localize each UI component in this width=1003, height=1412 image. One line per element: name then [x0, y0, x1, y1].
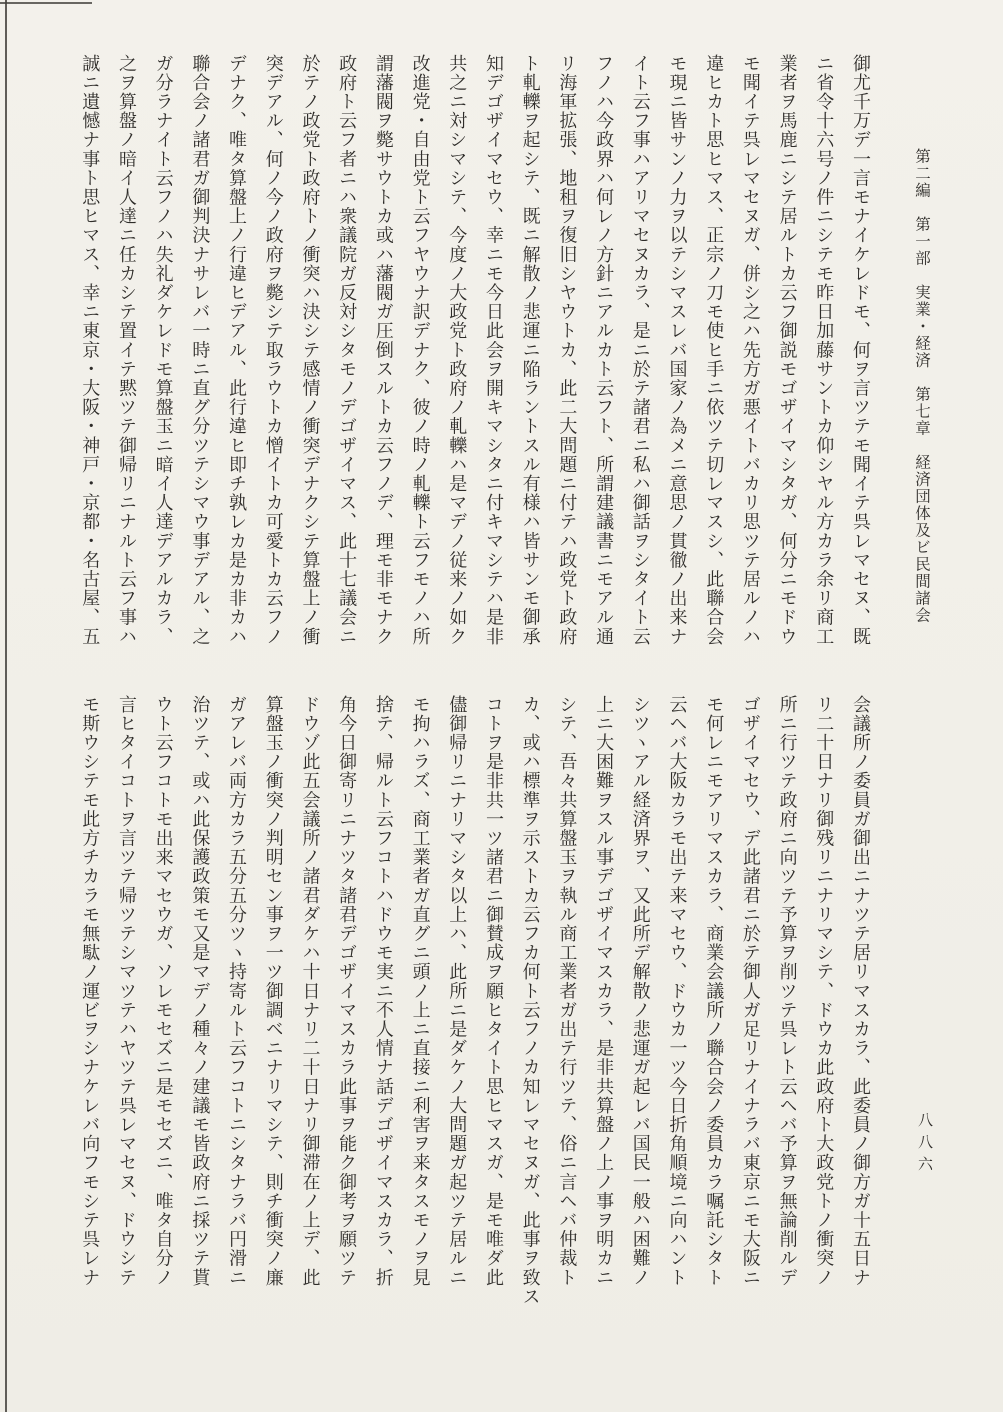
text-column: ニ省令十六号ノ件ニシテモ昨日加藤サントカ仰シヤル方カラ余リ商工	[806, 54, 843, 654]
text-column: 言ヒタイコトヲ言ツテ帰ツテシマツテハヤツテ呉レマセヌ、ドウシテ	[108, 695, 145, 1295]
text-column: 捨テ、帰ルト云フコトハドウモ実ニ不人情ナ話デゴザイマスカラ、折	[365, 695, 402, 1295]
text-column: 誠ニ遺憾ナ事ト思ヒマス、幸ニ東京・大阪・神戸・京都・名古屋、五	[72, 54, 109, 654]
text-column: コトヲ是非共一ツ諸君ニ御賛成ヲ願ヒタイト思ヒマスガ、是モ唯ダ此	[475, 695, 512, 1295]
text-column: 政府ト云フ者ニハ衆議院ガ反対シタモノデゴザイマス、此十七議会ニ	[328, 54, 365, 654]
text-column: デナク、唯タ算盤上ノ行違ヒデアル、此行違ヒ即チ孰レカ是カ非カハ	[218, 54, 255, 654]
text-column: フノハ今政界ハ何レノ方針ニアルカト云フト、所謂建議書ニモアル通	[585, 54, 622, 654]
text-column: 之ヲ算盤ノ暗イ人達ニ任カシテ置イテ黙ツテ御帰リニナルト云フ事ハ	[108, 54, 145, 654]
text-column: 知デゴザイマセウ、幸ニモ今日此会ヲ開キマシタニ付キマシテハ是非	[475, 54, 512, 654]
text-column: 上ニ大困難ヲスル事デゴザイマスカラ、是非共算盤ノ上ノ事ヲ明カニ	[585, 695, 622, 1295]
text-column: 改進党・自由党ト云フヤウナ訳デナク、彼ノ時ノ軋轢ト云フモノハ所	[402, 54, 439, 654]
text-column: モ現ニ皆サンノ力ヲ以テシマスレバ国家ノ為メニ意思ノ貫徹ノ出来ナ	[659, 54, 696, 654]
text-column: ガアレバ両方カラ五分五分ツヽ持寄ルト云フコトニシタナラバ円滑ニ	[218, 695, 255, 1295]
text-column: 所ニ行ツテ政府ニ向ツテ予算ヲ削ツテ呉レト云ヘバ予算ヲ無論削ルデ	[769, 695, 806, 1295]
text-column: 共之ニ対シマシテ、今度ノ大政党ト政府ノ軋轢ハ是マデノ従来ノ如ク	[439, 54, 476, 654]
text-column: モ何レニモアリマスカラ、商業会議所ノ聯合会ノ委員カラ嘱託シタト	[695, 695, 732, 1295]
text-column: 突デアル、何ノ今ノ政府ヲ斃シテ取ラウトカ憎イトカ可愛トカ云フノ	[255, 54, 292, 654]
text-column: シテ、吾々共算盤玉ヲ執ル商工業者ガ出テ行ツテ、俗ニ言ヘバ仲裁ト	[549, 695, 586, 1295]
running-head: 第二編 第一部 実業・経済 第七章 経済団体及ビ民間諸会	[910, 148, 932, 608]
text-column: モ聞イテ呉レマセヌガ、併シ之ハ先方ガ悪イトバカリ思ツテ居ルノハ	[732, 54, 769, 654]
text-column: 御尤千万デ一言モナイケレドモ、何ヲ言ツテモ聞イテ呉レマセヌ、既	[842, 54, 879, 654]
scan-edge-horizontal-line	[0, 2, 92, 4]
text-column: イト云フ事ハアリマセヌカラ、是ニ於テ諸君ニ私ハ御話ヲシタイト云	[622, 54, 659, 654]
text-column: 業者ヲ馬鹿ニシテ居ルトカ云フ御説モゴザイマシタガ、何分ニモドウ	[769, 54, 806, 654]
text-column: シツヽアル経済界ヲ、又此所デ解散ノ悲運ガ起レバ国民一般ハ困難ノ	[622, 695, 659, 1295]
text-column: 会議所ノ委員ガ御出ニナツテ居リマスカラ、此委員ノ御方ガ十五日ナ	[842, 695, 879, 1295]
text-column: 於テノ政党ト政府トノ衝突ハ決シテ感情ノ衝突デナクシテ算盤上ノ衝	[292, 54, 329, 654]
page-number: 八八六	[914, 1112, 935, 1178]
text-column: カ、或ハ標準ヲ示ストカ云フカ何ト云フノカ知レマセヌガ、此事ヲ致ス	[512, 695, 549, 1295]
text-column: ドウゾ此五会議所ノ諸君ダケハ十日ナリ二十日ナリ御滞在ノ上デ、此	[292, 695, 329, 1295]
text-column: 算盤玉ノ衝突ノ判明セン事ヲ一ツ御調ベニナリマシテ、則チ衝突ノ廉	[255, 695, 292, 1295]
text-column: 儘御帰リニナリマシタ以上ハ、此所ニ是ダケノ大問題ガ起ツテ居ルニ	[439, 695, 476, 1295]
text-column: リ二十日ナリ御残リニナリマシテ、ドウカ此政府ト大政党トノ衝突ノ	[806, 695, 843, 1295]
text-column: 違ヒカト思ヒマス、正宗ノ刀モ使ヒ手ニ依ツテ切レマスシ、此聯合会	[695, 54, 732, 654]
scanned-book-page: 第二編 第一部 実業・経済 第七章 経済団体及ビ民間諸会 八八六 御尤千万デ一言…	[0, 0, 1003, 1412]
text-block-bottom: 会議所ノ委員ガ御出ニナツテ居リマスカラ、此委員ノ御方ガ十五日ナリ二十日ナリ御残リ…	[71, 695, 879, 1295]
text-column: モ拘ハラズ、商工業者ガ直グニ頭ノ上ニ直接ニ利害ヲ来タスモノヲ見	[402, 695, 439, 1295]
text-column: ゴザイマセウ、デ此諸君ニ於テ御人ガ足リナイナラバ東京ニモ大阪ニ	[732, 695, 769, 1295]
text-column: 云ヘバ大阪カラモ出テ来マセウ、ドウカ一ツ今日折角順境ニ向ハント	[659, 695, 696, 1295]
scan-edge-vertical-line	[5, 0, 7, 1412]
text-column: モ斯ウシテモ此方チカラモ無駄ノ運ビヲシナケレバ向フモシテ呉レナ	[72, 695, 109, 1295]
text-column: 角今日御寄リニナツタ諸君デゴザイマスカラ此事ヲ能ク御考ヲ願ツテ	[328, 695, 365, 1295]
text-block-top: 御尤千万デ一言モナイケレドモ、何ヲ言ツテモ聞イテ呉レマセヌ、既ニ省令十六号ノ件ニ…	[71, 54, 879, 654]
text-column: ガ分ラナイト云フノハ失礼ダケレドモ算盤玉ニ暗イ人達デアルカラ、	[145, 54, 182, 654]
text-column: 聯合会ノ諸君ガ御判決ナサレバ一時ニ直グ分ツテシマウ事デアル、之	[182, 54, 219, 654]
text-column: ト軋轢ヲ起シテ、既ニ解散ノ悲運ニ陥ラントスル有様ハ皆サンモ御承	[512, 54, 549, 654]
text-column: リ海軍拡張、地租ヲ復旧シヤウトカ、此二大問題ニ付テハ政党ト政府	[549, 54, 586, 654]
text-column: 治ツテ、或ハ此保護政策モ又是マデノ種々ノ建議モ皆政府ニ採ツテ貰	[182, 695, 219, 1295]
text-column: ウト云フコトモ出来マセウガ、ソレモセズニ是モセズニ、唯タ自分ノ	[145, 695, 182, 1295]
text-column: 謂藩閥ヲ斃サウトカ或ハ藩閥ガ圧倒スルトカ云フノデ、理モ非モナク	[365, 54, 402, 654]
